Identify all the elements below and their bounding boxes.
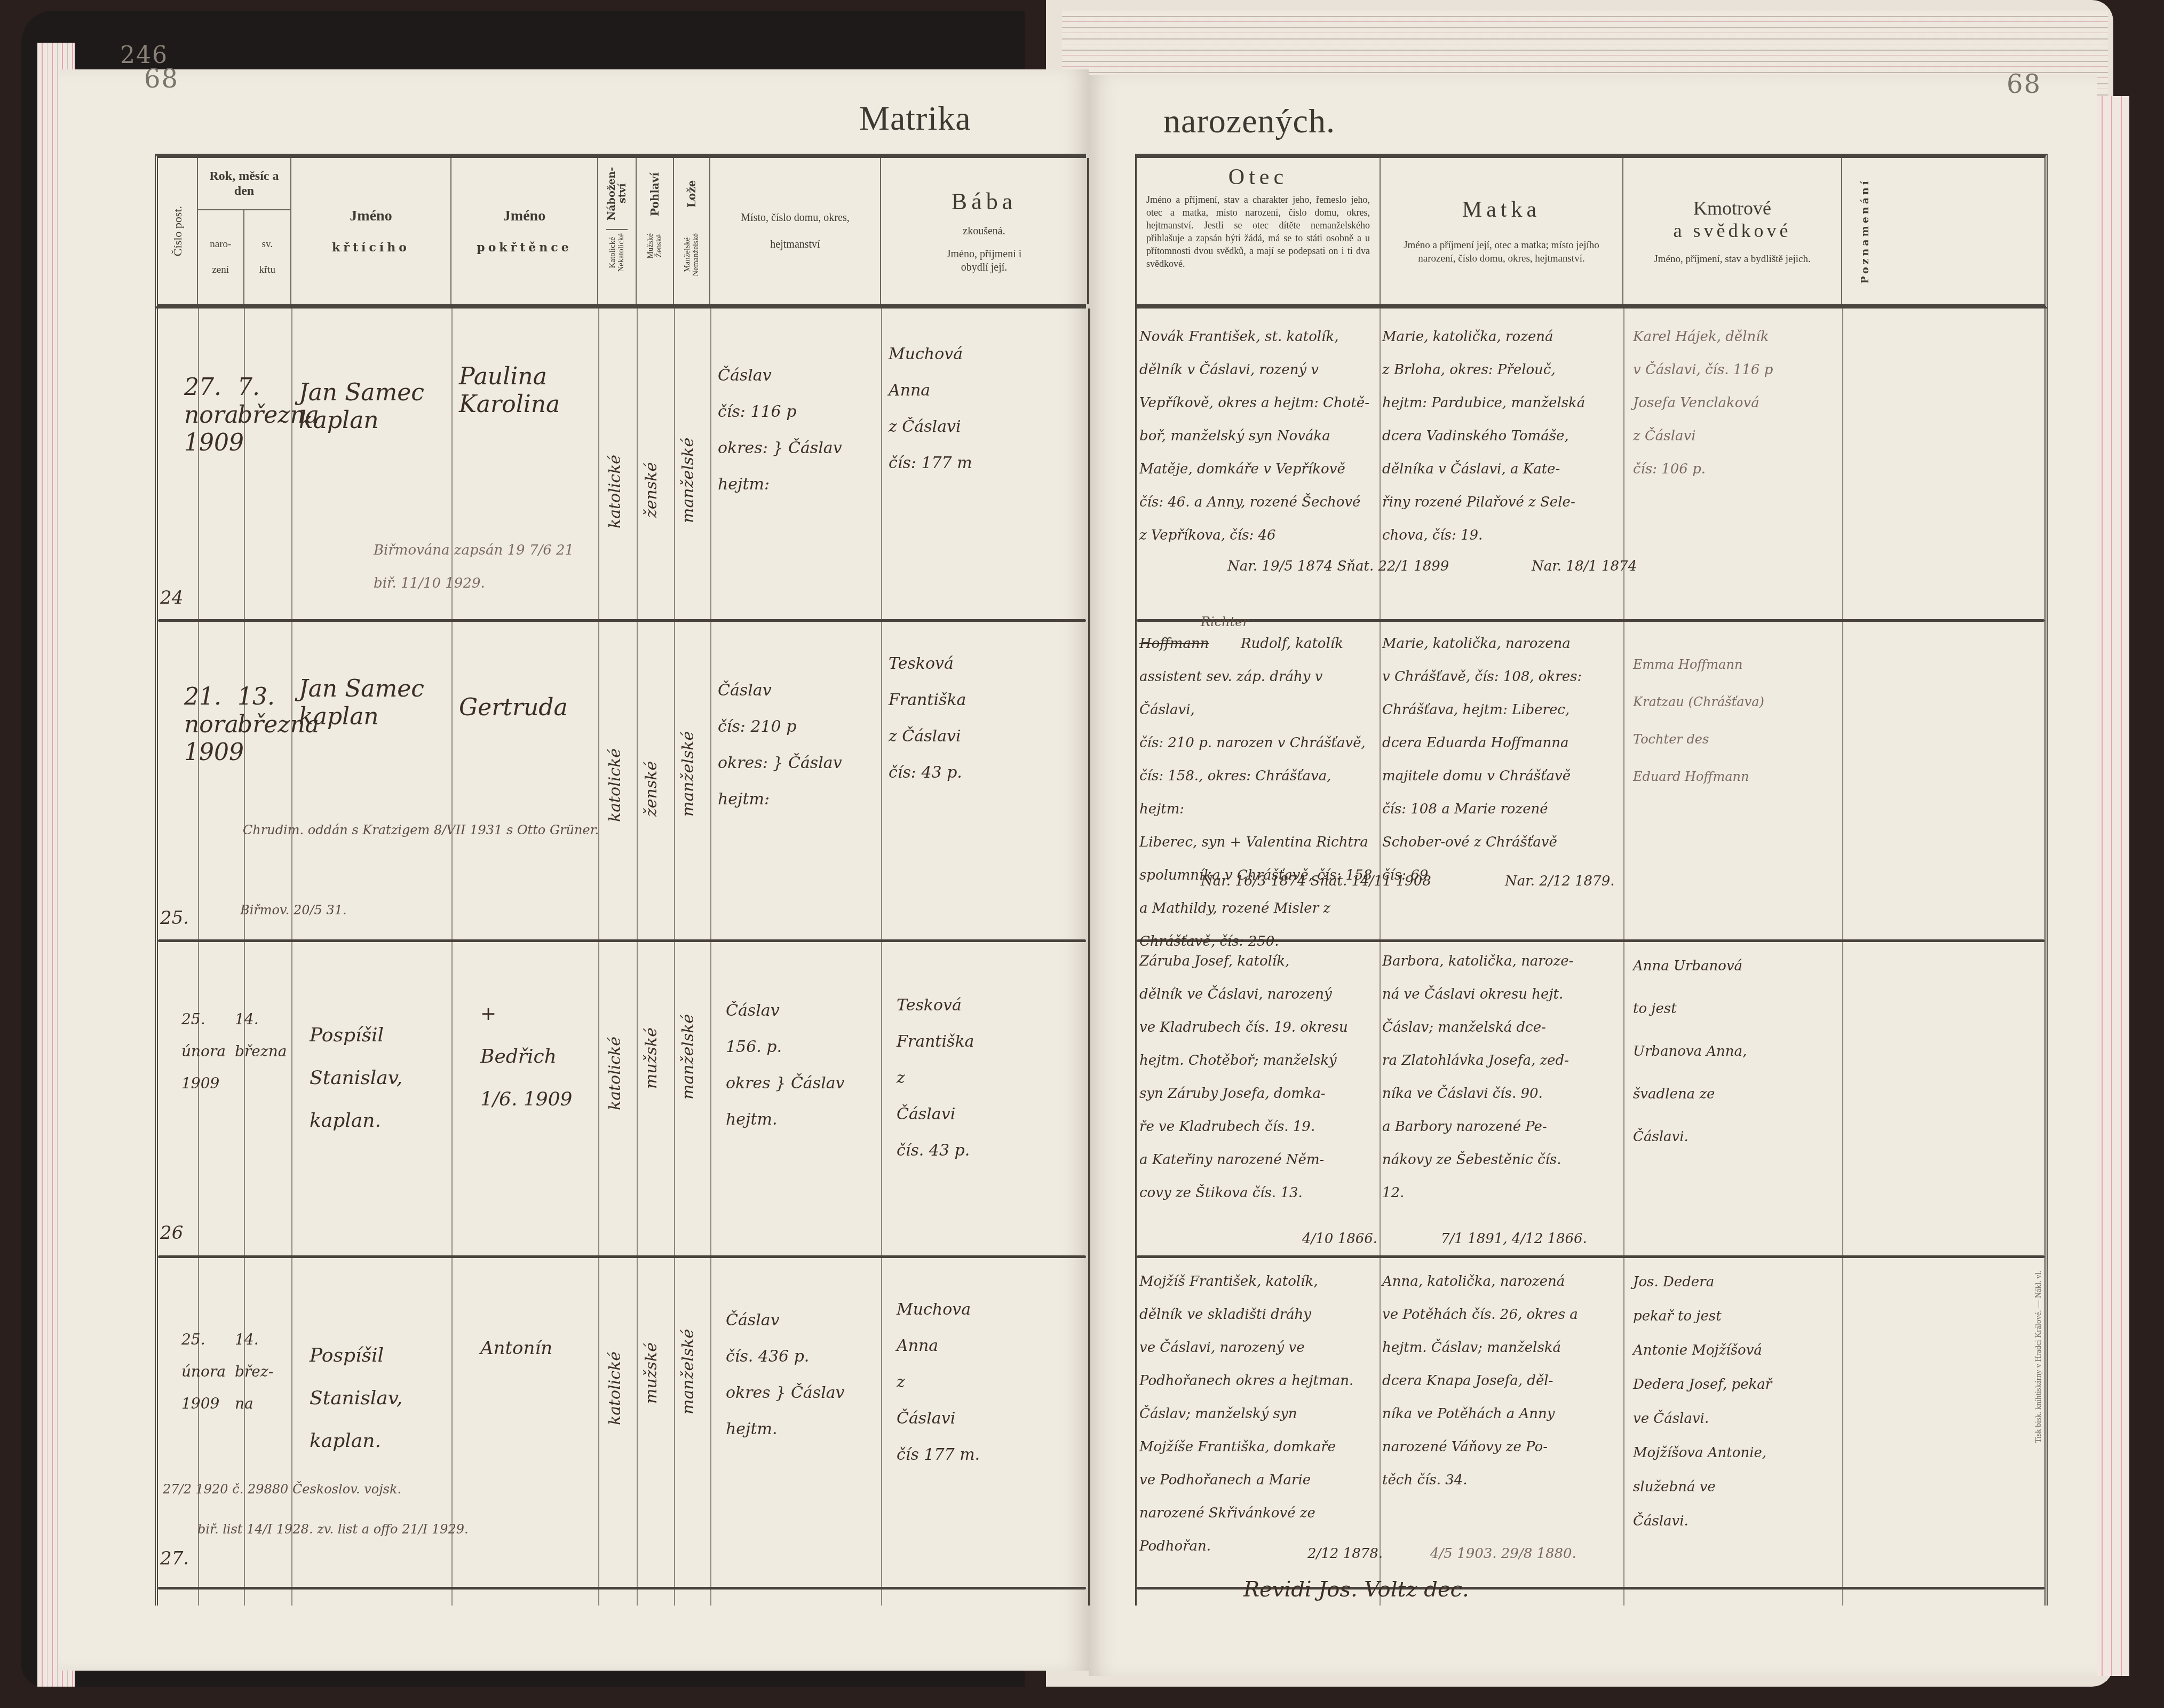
- entry-note: Biřmována zapsán 19 7/6 21 biř. 11/10 19…: [374, 534, 672, 600]
- legitimacy-value: manželské: [679, 982, 697, 1100]
- baptism-date: 14. břez- na: [235, 1324, 283, 1420]
- header-sex: Pohlaví Mužské Ženské: [637, 158, 674, 304]
- header-place: Místo, číslo domu, okres, hejtmanství: [710, 158, 881, 304]
- page-number-left: 68: [144, 64, 179, 94]
- godparents-value: Jos. Dedera pekař to jest Antonie Mojžíš…: [1633, 1265, 1846, 1538]
- header-midwife: Bába zkoušená. Jméno, příjmení i obydlí …: [881, 158, 1089, 304]
- page-edges-right: [2097, 96, 2129, 1676]
- header-legitimacy: Lože Manželské Nemanželské: [674, 158, 710, 304]
- sex-value: mužské: [642, 982, 661, 1089]
- mother-dates: Nar. 18/1 1874: [1532, 550, 1692, 583]
- religion-value: katolické: [606, 1297, 624, 1425]
- place-value: Čáslav čís. 436 p. okres } Čáslav hejtm.: [726, 1302, 891, 1448]
- midwife-value: Tesková Františka z Čáslavi čís. 43 p.: [897, 987, 1067, 1169]
- father-value: Rudolf, katolík assistent sev. záp. dráh…: [1139, 627, 1380, 958]
- mother-value: Barbora, katolička, naroze- ná ve Čáslav…: [1382, 945, 1628, 1209]
- legitimacy-value: manželské: [679, 374, 697, 523]
- midwife-value: Tesková Františka z Čáslavi čís: 43 p.: [889, 646, 1070, 791]
- place-value: Čáslav čís: 210 p okres: } Čáslav hejtm:: [718, 673, 889, 818]
- register-title-left: Matrika: [859, 99, 971, 138]
- place-value: Čáslav čís: 116 p okres: } Čáslav hejtm:: [718, 358, 889, 503]
- father-dates: 2/12 1878.: [1307, 1537, 1414, 1570]
- header-date: Rok, měsíc a den naro- zení sv. křtu: [198, 158, 291, 304]
- midwife-value: Muchová Anna z Čáslavi čís: 177 m: [889, 336, 1070, 481]
- left-header-table: Číslo post. Rok, měsíc a den naro- zení …: [155, 154, 1086, 309]
- entry-note: biř. list 14/I 1928. zv. list a offo 21/…: [197, 1521, 678, 1537]
- godparents-value: Anna Urbanová to jest Urbanova Anna, šva…: [1633, 945, 1846, 1158]
- father-value: Mojžíš František, katolík, dělník ve skl…: [1139, 1265, 1385, 1563]
- mother-dates: 7/1 1891, 4/12 1866.: [1441, 1222, 1654, 1255]
- priest-name: Pospíšil Stanislav, kaplan.: [310, 1334, 448, 1462]
- mother-dates: Nar. 2/12 1879.: [1505, 865, 1665, 898]
- header-priest: Jméno křtícího: [291, 158, 451, 304]
- priest-name: Pospíšil Stanislav, kaplan.: [310, 1014, 448, 1142]
- page-number-right: 68: [2007, 69, 2041, 99]
- father-dates: 4/10 1866.: [1302, 1222, 1409, 1255]
- father-dates: Nar. 19/5 1874 Sňat. 22/1 1899: [1227, 550, 1494, 583]
- father-value: Novák František, st. katolík, dělník v Č…: [1139, 320, 1380, 552]
- priest-name: Jan Samec kaplan: [299, 379, 438, 434]
- birth-date: 25. února 1909: [181, 1003, 229, 1100]
- header-remarks: Poznamenání: [1842, 158, 1888, 304]
- register-title-right: narozených.: [1163, 101, 1335, 141]
- header-entry-number: Číslo post.: [158, 158, 198, 304]
- legitimacy-value: manželské: [679, 678, 697, 817]
- header-father: Otec Jméno a příjmení, stav a charakter …: [1135, 158, 1381, 304]
- child-name: Paulina Karolina: [459, 363, 598, 418]
- entry-number: 26: [160, 1222, 183, 1244]
- mother-dates: 4/5 1903. 29/8 1880.: [1430, 1537, 1644, 1570]
- entry-number: 25.: [160, 907, 189, 929]
- sex-value: mužské: [642, 1297, 661, 1404]
- place-value: Čáslav 156. p. okres } Čáslav hejtm.: [726, 993, 891, 1138]
- mother-value: Marie, katolička, rozená z Brloha, okres…: [1382, 320, 1622, 552]
- header-mother: Matka Jméno a příjmení její, otec a matk…: [1381, 158, 1623, 304]
- header-birth: naro- zení: [198, 210, 244, 304]
- religion-value: katolické: [606, 683, 624, 822]
- birth-date: 25. února 1909: [181, 1324, 229, 1420]
- header-religion: Nábožen- ství Katolické Nekatolické: [598, 158, 637, 304]
- baptism-date: 14. března: [235, 1003, 283, 1067]
- entry-note: Biřmov. 20/5 31.: [240, 902, 454, 918]
- revision-signature: Revidi Jos. Voltz dec.: [1243, 1577, 1469, 1602]
- baptism-date: 7. března: [237, 374, 280, 429]
- header-child-name: Jméno pokřtěnce: [451, 158, 598, 304]
- entry-number: 27.: [160, 1548, 189, 1569]
- entry-note: Chrudim. oddán s Kratzigem 8/VII 1931 s …: [243, 822, 616, 838]
- mother-value: Anna, katolička, narozená ve Potěhách čí…: [1382, 1265, 1628, 1497]
- priest-name: Jan Samec kaplan: [299, 675, 438, 731]
- entry-number: 24: [160, 587, 183, 608]
- midwife-value: Muchova Anna z Čáslavi čís 177 m.: [897, 1292, 1067, 1473]
- religion-value: katolické: [606, 982, 624, 1110]
- header-godparents: Kmotrové a svědkové Jméno, příjmení, sta…: [1623, 158, 1842, 304]
- godparents-value: Emma Hoffmann Kratzau (Chrášťava) Tochte…: [1633, 646, 1857, 795]
- child-name: + Bedřich 1/6. 1909: [480, 993, 598, 1121]
- legitimacy-value: manželské: [679, 1297, 697, 1414]
- header-baptism: sv. křtu: [244, 210, 291, 304]
- entry-note: 27/2 1920 č. 29880 Českoslov. vojsk.: [163, 1481, 483, 1497]
- right-header-table: Otec Jméno a příjmení, stav a charakter …: [1135, 154, 2048, 309]
- child-name: Antonín: [480, 1334, 598, 1362]
- printer-imprint: Tisk bisk. knihtiskárny v Hradci Králové…: [2034, 1270, 2043, 1443]
- baptism-date: 13. března: [237, 683, 280, 739]
- birth-date: 21. nora 1909: [184, 683, 227, 766]
- sex-value: ženské: [642, 705, 661, 817]
- birth-date: 27. nora 1909: [184, 374, 227, 457]
- child-name: Gertruda: [459, 694, 598, 722]
- mother-value: Marie, katolička, narozena v Chrášťavě, …: [1382, 627, 1622, 892]
- godparents-value: Karel Hájek, dělník v Čáslavi, čís. 116 …: [1633, 320, 1846, 486]
- religion-value: katolické: [606, 390, 624, 528]
- sex-value: ženské: [642, 406, 661, 518]
- father-value: Záruba Josef, katolík, dělník ve Čáslavi…: [1139, 945, 1385, 1209]
